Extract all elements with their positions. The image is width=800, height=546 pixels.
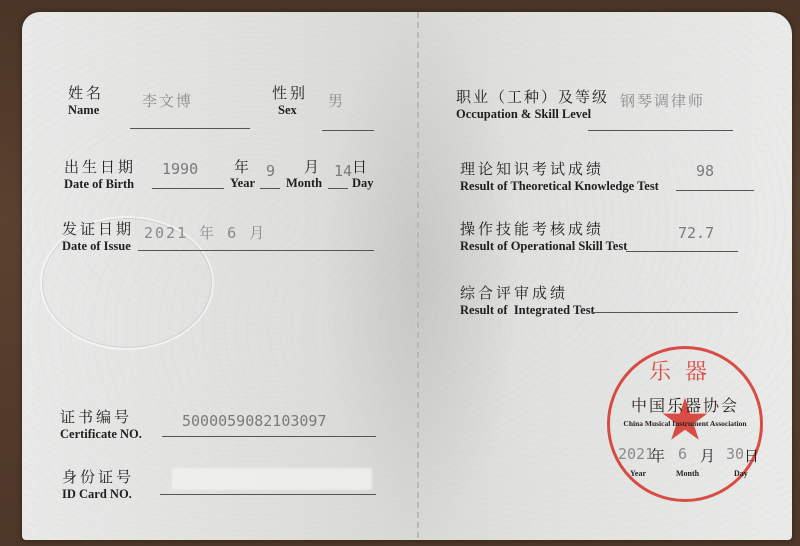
issue-underline xyxy=(138,250,374,251)
birth-year-value: 1990 xyxy=(162,160,198,178)
operation-label-zh: 操作技能考核成绩 xyxy=(460,218,627,239)
sex-label-zh: 性别 xyxy=(272,82,308,103)
certificate-no-field: 证书编号 Certificate NO. xyxy=(60,406,142,442)
theory-label-en: Result of Theoretical Knowledge Test xyxy=(460,179,659,194)
booklet-fold-stitch xyxy=(417,12,419,540)
issue-label-en: Date of Issue xyxy=(62,239,134,254)
seal-org-en: China Musical Instrument Association xyxy=(610,419,760,428)
seal-date-month: 6 xyxy=(678,445,687,463)
occupation-value: 钢琴调律师 xyxy=(620,90,705,111)
birth-year-underline xyxy=(152,188,224,189)
theory-underline xyxy=(676,190,754,191)
birth-day-value: 14 xyxy=(334,162,352,180)
integrated-underline xyxy=(592,312,738,313)
integrated-field: 综合评审成绩 Result of Integrated Test xyxy=(460,282,595,318)
integrated-label-en: Result of Integrated Test xyxy=(460,303,595,318)
operation-value: 72.7 xyxy=(678,224,714,242)
id-card-label-zh: 身份证号 xyxy=(62,466,134,487)
birth-month-underline xyxy=(260,188,280,189)
theory-value: 98 xyxy=(696,162,714,180)
seal-date-day: 30 xyxy=(726,445,744,463)
operation-label-en: Result of Operational Skill Test xyxy=(460,239,627,254)
sex-underline xyxy=(322,130,374,131)
operation-field: 操作技能考核成绩 Result of Operational Skill Tes… xyxy=(460,218,627,254)
birth-month-value: 9 xyxy=(266,162,275,180)
occupation-field: 职业（工种）及等级 Occupation & Skill Level xyxy=(456,86,609,122)
seal-unit-year: Year xyxy=(630,469,646,478)
seal-org-zh: 中国乐器协会 xyxy=(620,393,750,416)
birth-day-en: Day xyxy=(352,176,374,191)
seal-unit-day: Day xyxy=(734,469,748,478)
left-page: 姓名 Name 李文博 性别 Sex 男 出生日期 Date of Birth … xyxy=(22,12,417,540)
id-card-underline xyxy=(160,494,376,495)
sex-value: 男 xyxy=(328,90,345,111)
birth-year-zh: 年 xyxy=(234,156,252,177)
name-label-en: Name xyxy=(68,103,104,118)
birth-day-underline xyxy=(328,188,348,189)
birth-field: 出生日期 Date of Birth xyxy=(64,156,136,192)
birth-label-en: Date of Birth xyxy=(64,177,136,192)
issue-field: 发证日期 Date of Issue xyxy=(62,218,134,254)
seal-date-year-zh: 年 xyxy=(650,445,665,466)
occupation-label-en: Occupation & Skill Level xyxy=(456,107,609,122)
integrated-label-zh: 综合评审成绩 xyxy=(460,282,595,303)
birth-month-en: Month xyxy=(286,176,322,191)
certificate-no-value: 5000059082103097 xyxy=(182,412,327,430)
seal-date-year: 2021 xyxy=(618,445,654,463)
seal-ring-text: 乐器 xyxy=(610,355,760,386)
birth-month-zh: 月 xyxy=(304,156,322,177)
name-underline xyxy=(130,128,250,129)
occupation-label-zh: 职业（工种）及等级 xyxy=(456,86,609,107)
issue-value: 2021 年 6 月 xyxy=(144,222,266,243)
certificate-no-label-en: Certificate NO. xyxy=(60,427,142,442)
sex-label-en: Sex xyxy=(278,103,308,118)
seal-unit-month: Month xyxy=(676,469,699,478)
certificate-booklet: 姓名 Name 李文博 性别 Sex 男 出生日期 Date of Birth … xyxy=(22,12,792,540)
sex-field: 性别 Sex xyxy=(272,82,308,118)
birth-day-zh: 日 xyxy=(352,156,370,177)
birth-label-zh: 出生日期 xyxy=(64,156,136,177)
certificate-no-label-zh: 证书编号 xyxy=(60,406,142,427)
seal-date-month-zh: 月 xyxy=(700,445,715,466)
name-label-zh: 姓名 xyxy=(68,82,104,103)
id-card-redacted xyxy=(172,468,372,490)
id-card-label-en: ID Card NO. xyxy=(62,487,134,502)
name-field: 姓名 Name xyxy=(68,82,104,118)
name-value: 李文博 xyxy=(142,90,193,111)
birth-year-en: Year xyxy=(230,176,255,191)
official-seal: 乐器 ★ 中国乐器协会 China Musical Instrument Ass… xyxy=(607,346,763,502)
certificate-no-underline xyxy=(162,436,376,437)
occupation-underline xyxy=(588,130,733,131)
theory-field: 理论知识考试成绩 Result of Theoretical Knowledge… xyxy=(460,158,659,194)
seal-date-day-zh: 日 xyxy=(744,445,759,466)
theory-label-zh: 理论知识考试成绩 xyxy=(460,158,659,179)
issue-label-zh: 发证日期 xyxy=(62,218,134,239)
operation-underline xyxy=(626,251,738,252)
id-card-field: 身份证号 ID Card NO. xyxy=(62,466,134,502)
